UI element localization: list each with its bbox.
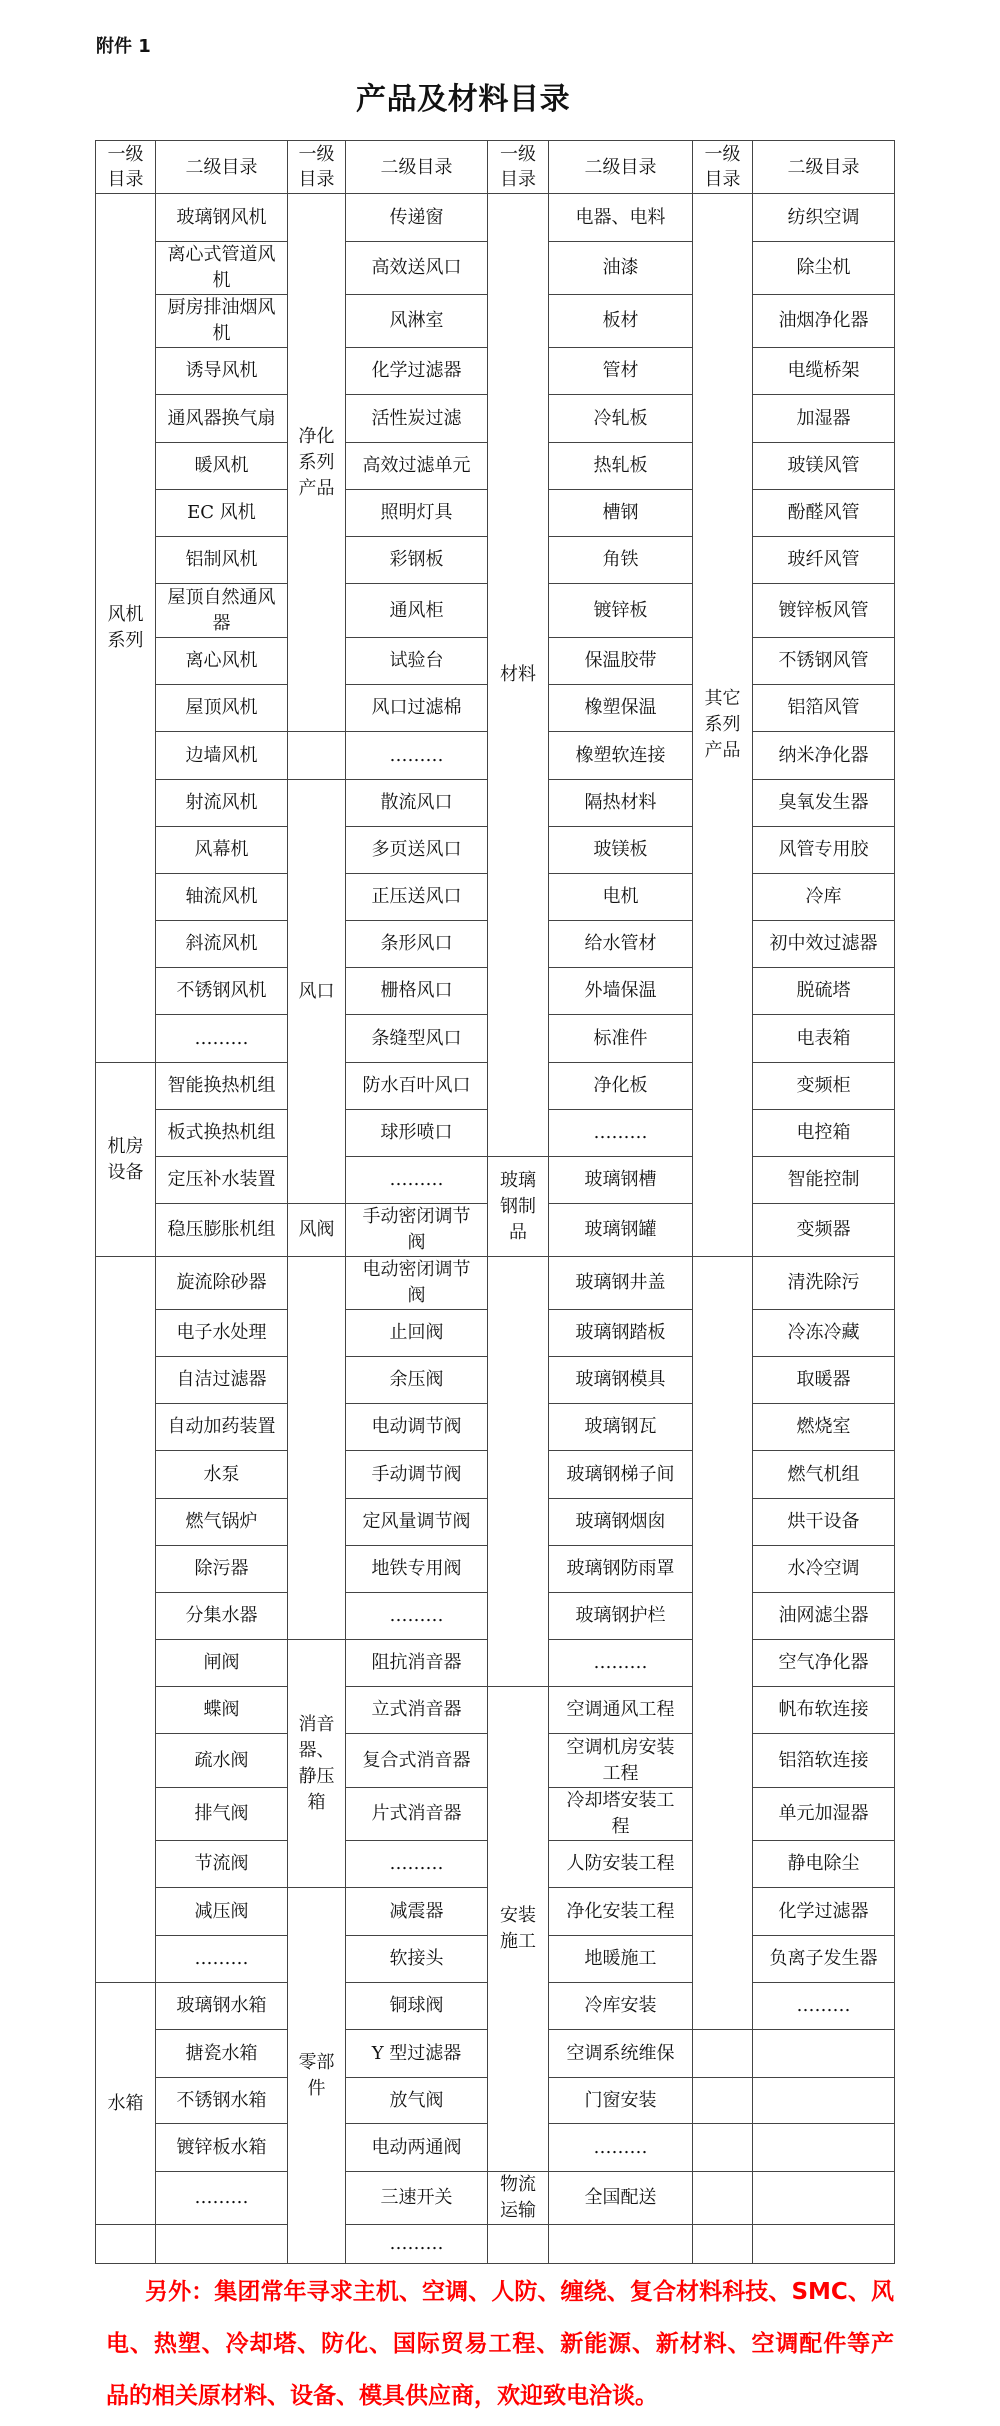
footnote-line: 品的相关原材料、设备、模具供应商，欢迎致电洽谈。: [106, 2370, 894, 2422]
level2-item-cell: ………: [346, 732, 488, 780]
header-level2: 二级目录: [753, 141, 895, 194]
level1-category-cell: [488, 2225, 549, 2264]
level2-item-cell: ………: [346, 1593, 488, 1640]
level1-category-cell: 安装施工: [488, 1687, 549, 2172]
level2-item-cell: 板式换热机组: [156, 1110, 288, 1157]
level2-item-cell: 球形喷口: [346, 1110, 488, 1157]
level2-item-cell: 铝箔风管: [753, 685, 895, 732]
level2-item-cell: 斜流风机: [156, 921, 288, 968]
level2-item-cell: ………: [156, 1015, 288, 1063]
level2-item-cell: 单元加湿器: [753, 1788, 895, 1841]
level2-item-cell: [753, 2124, 895, 2172]
level2-item-cell: 化学过滤器: [346, 348, 488, 395]
level2-item-cell: 智能控制: [753, 1157, 895, 1204]
level2-item-cell: Y 型过滤器: [346, 2030, 488, 2078]
level2-item-cell: 燃气锅炉: [156, 1499, 288, 1546]
level2-item-cell: 门窗安装: [549, 2078, 693, 2124]
level2-item-cell: 净化安装工程: [549, 1888, 693, 1936]
level2-item-cell: 闸阀: [156, 1640, 288, 1687]
level1-category-cell: 消音器、静压箱: [288, 1640, 346, 1888]
level2-item-cell: 玻璃钢踏板: [549, 1310, 693, 1357]
level2-item-cell: 风淋室: [346, 295, 488, 348]
level2-item-cell: 边墙风机: [156, 732, 288, 780]
header-level1: 一级目录: [488, 141, 549, 194]
level2-item-cell: 暖风机: [156, 443, 288, 490]
footnote-line: 电、热塑、冷却塔、防化、国际贸易工程、新能源、新材料、空调配件等产: [106, 2318, 894, 2370]
level2-item-cell: 电子水处理: [156, 1310, 288, 1357]
header-level1: 一级目录: [96, 141, 156, 194]
level2-item-cell: 减压阀: [156, 1888, 288, 1936]
level2-item-cell: 照明灯具: [346, 490, 488, 537]
level2-item-cell: 减震器: [346, 1888, 488, 1936]
header-level2: 二级目录: [156, 141, 288, 194]
level2-item-cell: 化学过滤器: [753, 1888, 895, 1936]
level2-item-cell: 地暖施工: [549, 1936, 693, 1983]
level2-item-cell: 玻璃钢护栏: [549, 1593, 693, 1640]
level2-item-cell: 脱硫塔: [753, 968, 895, 1015]
level2-item-cell: 排气阀: [156, 1788, 288, 1841]
product-catalog-table: 一级目录二级目录一级目录二级目录一级目录二级目录一级目录二级目录风机系列机房设备…: [95, 140, 895, 2264]
level2-item-cell: 放气阀: [346, 2078, 488, 2124]
level1-category-cell: [488, 1257, 549, 1687]
level2-item-cell: 蝶阀: [156, 1687, 288, 1734]
level1-category-cell: [693, 2225, 753, 2264]
footnote-paragraph: 另外：集团常年寻求主机、空调、人防、缠绕、复合材料科技、SMC、风 电、热塑、冷…: [106, 2266, 894, 2422]
level2-item-cell: 疏水阀: [156, 1734, 288, 1788]
level2-item-cell: ………: [346, 1841, 488, 1888]
level2-item-cell: 高效过滤单元: [346, 443, 488, 490]
level2-item-cell: 旋流除砂器: [156, 1257, 288, 1310]
level2-item-cell: 玻璃钢瓦: [549, 1404, 693, 1451]
level2-item-cell: 纺织空调: [753, 194, 895, 242]
level2-item-cell: 电动密闭调节阀: [346, 1257, 488, 1310]
header-level1: 一级目录: [693, 141, 753, 194]
level2-item-cell: 玻璃钢水箱: [156, 1983, 288, 2030]
level2-item-cell: ………: [753, 1983, 895, 2030]
level2-item-cell: 燃烧室: [753, 1404, 895, 1451]
level2-item-cell: 铝制风机: [156, 537, 288, 584]
level1-category-cell: 其它系列产品: [693, 194, 753, 1257]
level2-item-cell: 正压送风口: [346, 874, 488, 921]
level1-category-cell: [96, 1257, 156, 1983]
level2-item-cell: 余压阀: [346, 1357, 488, 1404]
level2-item-cell: 初中效过滤器: [753, 921, 895, 968]
level2-item-cell: 管材: [549, 348, 693, 395]
level1-category-cell: 零部件: [288, 1888, 346, 2264]
level2-item-cell: 变频柜: [753, 1063, 895, 1110]
level2-item-cell: 风幕机: [156, 827, 288, 874]
level2-item-cell: 冷轧板: [549, 395, 693, 443]
level2-item-cell: 清洗除污: [753, 1257, 895, 1310]
level2-item-cell: 电器、电料: [549, 194, 693, 242]
level2-item-cell: 空气净化器: [753, 1640, 895, 1687]
level2-item-cell: 软接头: [346, 1936, 488, 1983]
level2-item-cell: 镀锌板: [549, 584, 693, 638]
level2-item-cell: 油网滤尘器: [753, 1593, 895, 1640]
level2-item-cell: 除尘机: [753, 242, 895, 295]
level2-item-cell: 分集水器: [156, 1593, 288, 1640]
level2-item-cell: 玻璃钢罐: [549, 1204, 693, 1257]
level2-item-cell: [549, 2225, 693, 2264]
level2-item-cell: 通风器换气扇: [156, 395, 288, 443]
level2-item-cell: 变频器: [753, 1204, 895, 1257]
level2-item-cell: 烘干设备: [753, 1499, 895, 1546]
level2-item-cell: 不锈钢水箱: [156, 2078, 288, 2124]
level2-item-cell: 通风柜: [346, 584, 488, 638]
header-level1: 一级目录: [288, 141, 346, 194]
level2-item-cell: 传递窗: [346, 194, 488, 242]
level2-item-cell: 稳压膨胀机组: [156, 1204, 288, 1257]
level2-item-cell: 阻抗消音器: [346, 1640, 488, 1687]
level2-item-cell: 保温胶带: [549, 638, 693, 685]
level2-item-cell: 镀锌板水箱: [156, 2124, 288, 2172]
level2-item-cell: 玻璃钢槽: [549, 1157, 693, 1204]
level2-item-cell: 热轧板: [549, 443, 693, 490]
level2-item-cell: 玻镁板: [549, 827, 693, 874]
level2-item-cell: 空调通风工程: [549, 1687, 693, 1734]
level2-item-cell: 玻璃钢风机: [156, 194, 288, 242]
level2-item-cell: ………: [549, 1640, 693, 1687]
level2-item-cell: 人防安装工程: [549, 1841, 693, 1888]
level2-item-cell: 玻纤风管: [753, 537, 895, 584]
level2-item-cell: 条缝型风口: [346, 1015, 488, 1063]
level2-item-cell: 电表箱: [753, 1015, 895, 1063]
level2-item-cell: 冷库: [753, 874, 895, 921]
level1-category-cell: [288, 1257, 346, 1640]
page-title: 产品及材料目录: [356, 80, 570, 120]
level2-item-cell: 定风量调节阀: [346, 1499, 488, 1546]
level2-item-cell: 玻镁风管: [753, 443, 895, 490]
level2-item-cell: 智能换热机组: [156, 1063, 288, 1110]
level2-item-cell: 冷冻冷藏: [753, 1310, 895, 1357]
level2-item-cell: 水泵: [156, 1451, 288, 1499]
level2-item-cell: 条形风口: [346, 921, 488, 968]
level2-item-cell: 铜球阀: [346, 1983, 488, 2030]
level2-item-cell: 帆布软连接: [753, 1687, 895, 1734]
level1-category-cell: [693, 2078, 753, 2124]
level2-item-cell: 电缆桥架: [753, 348, 895, 395]
level2-item-cell: 搪瓷水箱: [156, 2030, 288, 2078]
level1-category-cell: [693, 1257, 753, 2030]
level2-item-cell: 射流风机: [156, 780, 288, 827]
level1-category-cell: [693, 2030, 753, 2078]
header-level2: 二级目录: [346, 141, 488, 194]
level2-item-cell: 标准件: [549, 1015, 693, 1063]
level2-item-cell: 油漆: [549, 242, 693, 295]
level2-item-cell: 厨房排油烟风机: [156, 295, 288, 348]
level2-item-cell: 片式消音器: [346, 1788, 488, 1841]
level2-item-cell: 手动密闭调节阀: [346, 1204, 488, 1257]
level2-item-cell: 电动调节阀: [346, 1404, 488, 1451]
level2-item-cell: 自动加药装置: [156, 1404, 288, 1451]
level2-item-cell: 复合式消音器: [346, 1734, 488, 1788]
level2-item-cell: 电动两通阀: [346, 2124, 488, 2172]
level2-item-cell: 加湿器: [753, 395, 895, 443]
level1-category-cell: 材料: [488, 194, 549, 1157]
level2-item-cell: 角铁: [549, 537, 693, 584]
level2-item-cell: 外墙保温: [549, 968, 693, 1015]
level2-item-cell: 纳米净化器: [753, 732, 895, 780]
level2-item-cell: 止回阀: [346, 1310, 488, 1357]
level2-item-cell: 静电除尘: [753, 1841, 895, 1888]
level2-item-cell: 镀锌板风管: [753, 584, 895, 638]
level2-item-cell: EC 风机: [156, 490, 288, 537]
level2-item-cell: 冷却塔安装工程: [549, 1788, 693, 1841]
level2-item-cell: 散流风口: [346, 780, 488, 827]
level2-item-cell: 槽钢: [549, 490, 693, 537]
level2-item-cell: 板材: [549, 295, 693, 348]
level2-item-cell: ………: [346, 2225, 488, 2264]
level2-item-cell: 栅格风口: [346, 968, 488, 1015]
level2-item-cell: 铝箔软连接: [753, 1734, 895, 1788]
level2-item-cell: 空调系统维保: [549, 2030, 693, 2078]
level2-item-cell: 不锈钢风管: [753, 638, 895, 685]
level2-item-cell: 全国配送: [549, 2172, 693, 2225]
level2-item-cell: 屋顶自然通风器: [156, 584, 288, 638]
level2-item-cell: 燃气机组: [753, 1451, 895, 1499]
level2-item-cell: ………: [549, 1110, 693, 1157]
level2-item-cell: 橡塑软连接: [549, 732, 693, 780]
level2-item-cell: 试验台: [346, 638, 488, 685]
header-level2: 二级目录: [549, 141, 693, 194]
level2-item-cell: 手动调节阀: [346, 1451, 488, 1499]
level2-item-cell: 给水管材: [549, 921, 693, 968]
level1-category-cell: [288, 732, 346, 780]
level2-item-cell: 电机: [549, 874, 693, 921]
level2-item-cell: 离心风机: [156, 638, 288, 685]
level2-item-cell: ………: [549, 2124, 693, 2172]
level2-item-cell: 风管专用胶: [753, 827, 895, 874]
level2-item-cell: [156, 2225, 288, 2264]
level2-item-cell: 冷库安装: [549, 1983, 693, 2030]
level2-item-cell: 诱导风机: [156, 348, 288, 395]
level1-category-cell: 玻璃钢制品: [488, 1157, 549, 1257]
level1-category-cell: 风口: [288, 780, 346, 1204]
level1-category-cell: [693, 2172, 753, 2225]
level2-item-cell: 风口过滤棉: [346, 685, 488, 732]
level2-item-cell: 立式消音器: [346, 1687, 488, 1734]
level1-category-cell: 水箱: [96, 1983, 156, 2225]
level2-item-cell: 防水百叶风口: [346, 1063, 488, 1110]
level2-item-cell: 玻璃钢井盖: [549, 1257, 693, 1310]
level2-item-cell: [753, 2172, 895, 2225]
level2-item-cell: [753, 2078, 895, 2124]
level2-item-cell: 空调机房安装工程: [549, 1734, 693, 1788]
level2-item-cell: 活性炭过滤: [346, 395, 488, 443]
level2-item-cell: 取暖器: [753, 1357, 895, 1404]
level2-item-cell: ………: [346, 1157, 488, 1204]
level2-item-cell: 臭氧发生器: [753, 780, 895, 827]
level2-item-cell: 多页送风口: [346, 827, 488, 874]
attachment-label: 附件 1: [96, 36, 151, 58]
level2-item-cell: 玻璃钢梯子间: [549, 1451, 693, 1499]
level2-item-cell: 自洁过滤器: [156, 1357, 288, 1404]
level1-category-cell: 机房设备: [96, 1063, 156, 1257]
level2-item-cell: 玻璃钢防雨罩: [549, 1546, 693, 1593]
level2-item-cell: [753, 2225, 895, 2264]
level2-item-cell: 除污器: [156, 1546, 288, 1593]
level2-item-cell: 离心式管道风机: [156, 242, 288, 295]
level1-category-cell: 净化系列产品: [288, 194, 346, 732]
level2-item-cell: ………: [156, 1936, 288, 1983]
level2-item-cell: 电控箱: [753, 1110, 895, 1157]
level1-category-cell: [96, 2225, 156, 2264]
level2-item-cell: 节流阀: [156, 1841, 288, 1888]
level1-category-cell: 风阀: [288, 1204, 346, 1257]
level2-item-cell: 屋顶风机: [156, 685, 288, 732]
level2-item-cell: 隔热材料: [549, 780, 693, 827]
level2-item-cell: 油烟净化器: [753, 295, 895, 348]
level2-item-cell: 轴流风机: [156, 874, 288, 921]
level2-item-cell: 玻璃钢模具: [549, 1357, 693, 1404]
level2-item-cell: 彩钢板: [346, 537, 488, 584]
level2-item-cell: 负离子发生器: [753, 1936, 895, 1983]
level2-item-cell: 橡塑保温: [549, 685, 693, 732]
level2-item-cell: 三速开关: [346, 2172, 488, 2225]
level1-category-cell: 物流运输: [488, 2172, 549, 2225]
level2-item-cell: [753, 2030, 895, 2078]
level2-item-cell: ………: [156, 2172, 288, 2225]
level2-item-cell: 不锈钢风机: [156, 968, 288, 1015]
level1-category-cell: [693, 2124, 753, 2172]
level2-item-cell: 水冷空调: [753, 1546, 895, 1593]
level2-item-cell: 地铁专用阀: [346, 1546, 488, 1593]
level2-item-cell: 玻璃钢烟囱: [549, 1499, 693, 1546]
level2-item-cell: 定压补水装置: [156, 1157, 288, 1204]
level2-item-cell: 高效送风口: [346, 242, 488, 295]
footnote-line: 另外：集团常年寻求主机、空调、人防、缠绕、复合材料科技、SMC、风: [106, 2266, 894, 2318]
level2-item-cell: 酚醛风管: [753, 490, 895, 537]
level2-item-cell: 净化板: [549, 1063, 693, 1110]
level1-category-cell: 风机系列: [96, 194, 156, 1063]
